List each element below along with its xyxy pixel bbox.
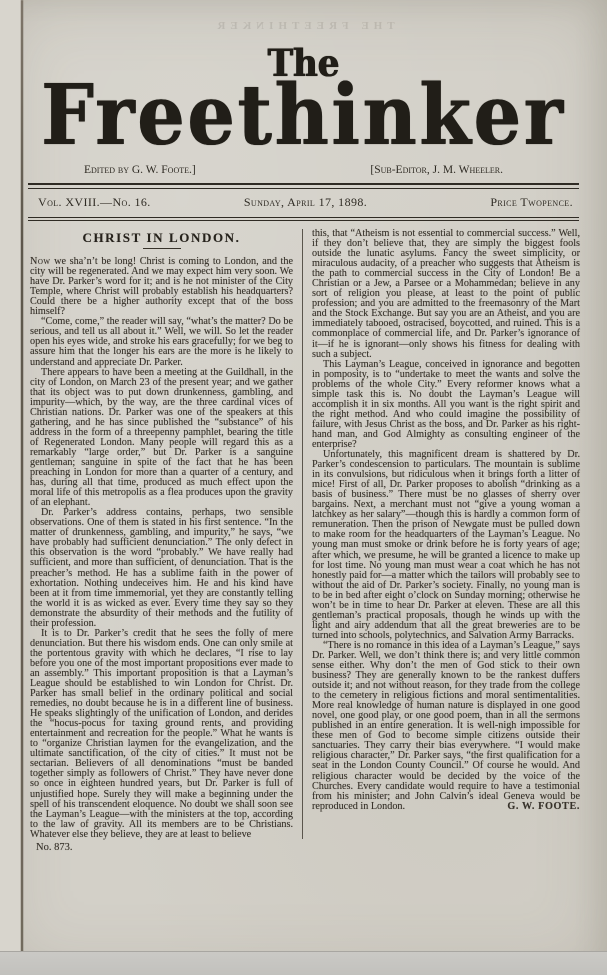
newspaper-page-scan: THE FREETHINKER The Freethinker Edited b… bbox=[0, 0, 607, 975]
issue-serial-number: No. 873. bbox=[30, 843, 293, 853]
paragraph-text: we sha’n’t be long! Christ is coming to … bbox=[30, 256, 293, 317]
scan-edge-strip bbox=[0, 951, 607, 975]
paragraph: “Come, come,” the reader will say, “what… bbox=[30, 317, 293, 367]
paragraph: Unfortunately, this magnificent dream is… bbox=[312, 450, 580, 641]
paragraph: this, that “Atheism is not essential to … bbox=[312, 229, 580, 360]
paragraph: It is to Dr. Parker’s credit that he see… bbox=[30, 629, 293, 840]
article-body: CHRIST IN LONDON. Now we sha’n’t be long… bbox=[0, 221, 607, 853]
editor-credit: Edited by G. W. Foote.] bbox=[84, 164, 196, 176]
issue-date: Sunday, April 17, 1898. bbox=[200, 195, 411, 210]
author-signature: G. W. FOOTE. bbox=[496, 802, 580, 812]
paragraph: This Layman’s League, conceived in ignor… bbox=[312, 360, 580, 450]
sub-editor-credit: [Sub-Editor, J. M. Wheeler. bbox=[370, 164, 503, 176]
column-divider-rule bbox=[302, 229, 303, 839]
right-column: this, that “Atheism is not essential to … bbox=[312, 229, 580, 853]
issue-price: Price Twopence. bbox=[411, 195, 573, 210]
title-divider-rule bbox=[143, 248, 181, 249]
bleedthrough-header-text: THE FREETHINKER bbox=[0, 20, 607, 32]
left-column: CHRIST IN LONDON. Now we sha’n’t be long… bbox=[30, 229, 293, 853]
paragraph: There appears to have been a meeting at … bbox=[30, 368, 293, 509]
paragraph: Dr. Parker’s address contains, perhaps, … bbox=[30, 508, 293, 629]
volume-number: Vol. XVIII.—No. 16. bbox=[38, 195, 200, 210]
masthead-title: Freethinker bbox=[0, 73, 607, 158]
paragraph: “There is no romance in this idea of a L… bbox=[312, 641, 580, 812]
issue-info-line: Vol. XVIII.—No. 16. Sunday, April 17, 18… bbox=[0, 189, 607, 214]
article-title: CHRIST IN LONDON. bbox=[30, 233, 293, 243]
paragraph: Now we sha’n’t be long! Christ is coming… bbox=[30, 257, 293, 317]
paragraph-text: “There is no romance in this idea of a L… bbox=[312, 640, 580, 812]
